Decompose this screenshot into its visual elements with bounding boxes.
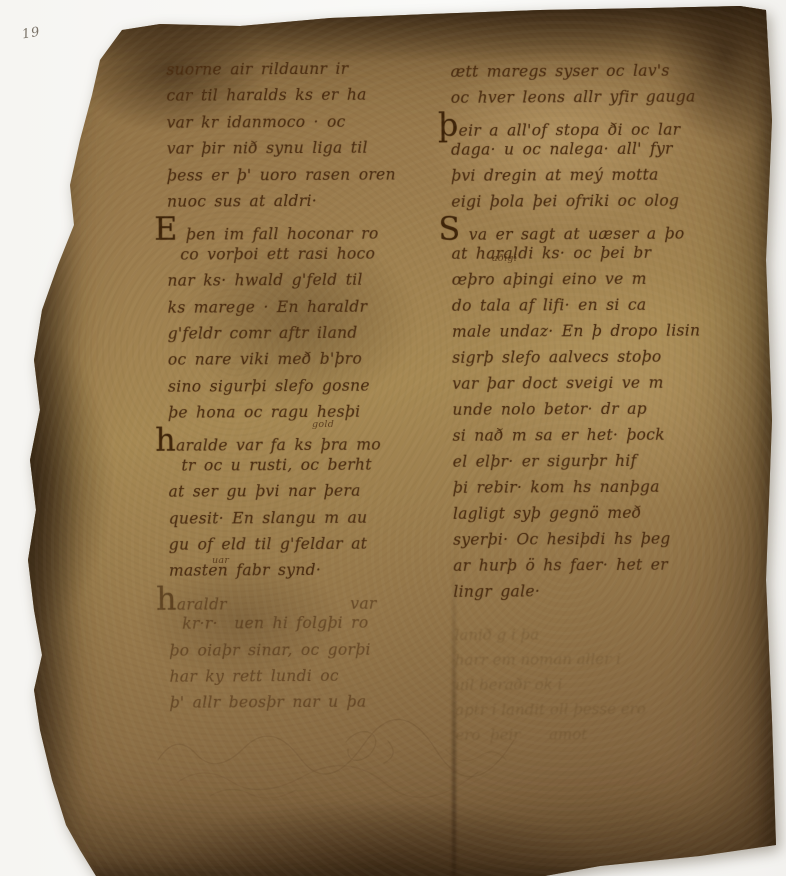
faded-text-line: lanið g i þa — [455, 621, 755, 648]
text-line-initial: þeir a all'of stopa ði oc lar — [438, 109, 761, 137]
text-line: unde nolo betor· dr ap — [452, 395, 762, 423]
text-line: var kr idanmoco · oc — [167, 108, 437, 136]
text-line: eigi þola þei ofriki oc olog — [451, 187, 761, 215]
text-line: do tala af lifi· en si ca — [452, 291, 762, 319]
text-line: œþro aþingi eino ve m — [452, 265, 762, 293]
text-line: þ' allr beosþr nar u þa — [170, 689, 440, 717]
text-line: g'feldr comr aftr iland — [168, 319, 438, 347]
text-line: masten fabr synd· — [169, 557, 439, 585]
text-line: var þir nið synu liga til — [167, 134, 437, 162]
text-line: lingr gale· — [453, 577, 763, 605]
text-line: þess er þ' uoro rasen oren — [167, 161, 437, 189]
text-line: si nað m sa er het· þock — [452, 421, 762, 449]
text-line: har ky rett lundi oc — [169, 662, 439, 690]
text-line: nuoc sus at aldri· — [167, 187, 437, 215]
left-edge-shadow — [18, 30, 82, 876]
text-line: ar hurþ ö hs faer· het er — [453, 551, 763, 579]
interlinear-insertion: gold — [312, 419, 334, 430]
text-line: oc nare viki með b'þro — [168, 346, 438, 374]
text-line: ætt maregs syser oc lav's — [451, 57, 761, 85]
text-line: male undaz· En þ dropo lisin — [452, 317, 762, 345]
text-line: þo oiaþr sinar, oc gorþi — [169, 636, 439, 664]
text-line-initial: E þen im fall hoconar ro — [154, 214, 437, 242]
manuscript-photo: 19 suorne air rildaunr ir car til harald… — [0, 0, 786, 876]
text-line: at ser gu þvi nar þera — [168, 478, 438, 506]
right-text-column: ætt maregs syser oc lav's oc hver leons … — [451, 57, 764, 605]
text-line: var þar doct sveigi ve m — [452, 369, 762, 397]
interlinear-insertion: aðīgi — [492, 253, 517, 264]
text-line: suorne air rildaunr ir — [166, 55, 436, 83]
text-line: gu of eld til g'feldar at — [169, 530, 439, 558]
interlinear-insertion: uar — [212, 555, 229, 566]
pen-trial-scribbles — [150, 718, 550, 808]
text-line-initial: haraldr var — [156, 583, 439, 611]
parchment-page: suorne air rildaunr ir car til haralds k… — [0, 0, 786, 876]
text-line: lagligt syþ gegnö með — [453, 499, 763, 527]
faded-text-line: uil beraðr ok i — [455, 671, 755, 698]
text-line: þi rebir· kom hs nanþga — [453, 473, 763, 501]
text-line: ks marege · En haraldr — [168, 293, 438, 321]
left-text-column: suorne air rildaunr ir car til haralds k… — [166, 55, 439, 716]
text-line: daga· u oc nalega· all' fyr — [451, 135, 761, 163]
text-line: nar ks· hwald g'feld til — [167, 266, 437, 294]
text-line: oc hver leons allr yfir gauga — [451, 83, 761, 111]
text-line: co vorþoi ett rasi hoco — [167, 240, 437, 268]
text-line: þvi dregin at meý motta — [451, 161, 761, 189]
text-line: quesit· En slangu m au — [169, 504, 439, 532]
text-line: sino sigurþi slefo gosne — [168, 372, 438, 400]
text-line-initial: S va er sagt at uæser a þo — [438, 213, 761, 241]
text-line: car til haralds ks er ha — [166, 82, 436, 110]
text-line: tr oc u rusti, oc berht — [168, 451, 438, 479]
text-line: kr·r· uen hi folgþi ro — [169, 609, 439, 637]
text-line: el elþr· er sigurþr hif — [453, 447, 763, 475]
text-line-initial: haralde var fa ks þra mo — [155, 425, 438, 453]
text-line: þe hona oc ragu hesþi — [168, 398, 438, 426]
faded-text-line: harr em noman aller i — [455, 646, 755, 673]
parchment-surface: suorne air rildaunr ir car til haralds k… — [0, 0, 786, 876]
text-line: syerþi· Oc hesiþdi hs þeg — [453, 525, 763, 553]
text-line: sigrþ slefo aalvecs stoþo — [452, 343, 762, 371]
